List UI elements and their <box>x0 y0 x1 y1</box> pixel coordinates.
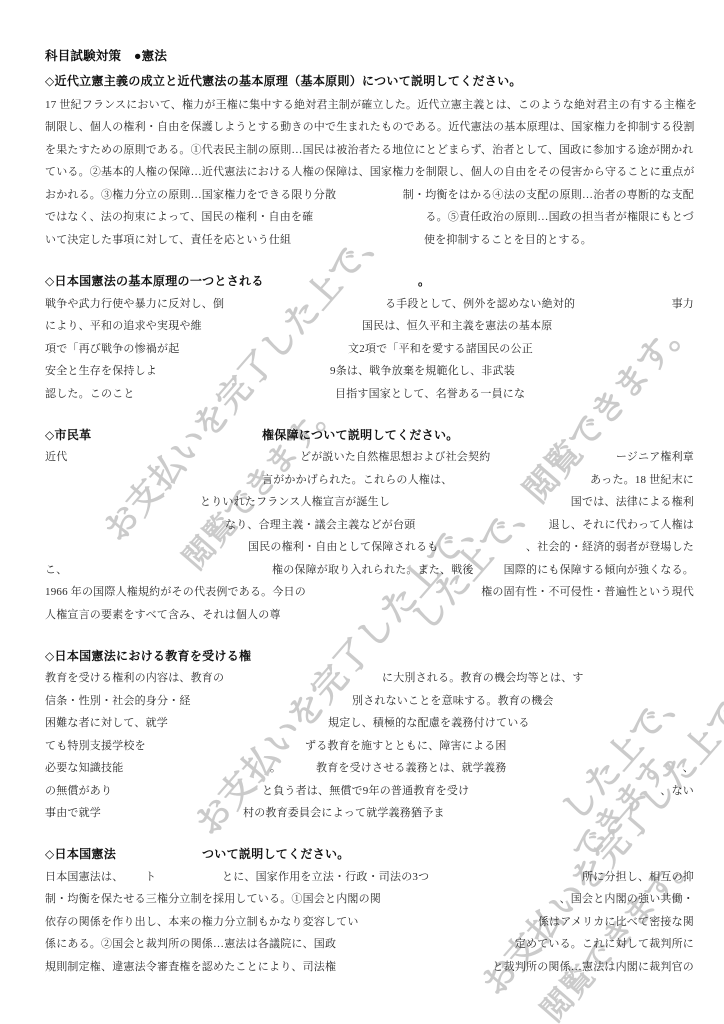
text-line: 制限し、個人の権利・自由を保護しようとする動きの中で生まれたものである。近代憲法… <box>0 118 724 136</box>
text-line: なり、合理主義・議会主義などが台頭退し、それに代わって人権は <box>0 516 724 534</box>
text-line: 依存の関係を作り出し、本来の権力分立制もかなり変容してい係はアメリカに比べて密接… <box>0 913 724 931</box>
text-segment: 困難な者に対して、就学 <box>45 714 168 730</box>
text-segment: 教育を受ける権利の内容は、教育の <box>45 669 224 685</box>
text-segment: 制・均衡をはかる④法の支配の原則…治者の専断的な支配 <box>403 186 694 202</box>
text-line: の無償がありと負う者は、無償で9年の普通教育を受け、ない <box>0 782 724 800</box>
text-segment: 信条・性別・社会的身分・経 <box>45 692 191 708</box>
text-line: 人権宣言の要素をすべて含み、それは個人の尊 <box>0 606 724 624</box>
text-line: 困難な者に対して、就学規定し、積極的な配慮を義務付けている <box>0 714 724 732</box>
text-segment: 人権宣言の要素をすべて含み、それは個人の尊 <box>45 606 281 622</box>
text-line: 項で「再び戦争の惨禍が起文2項で「平和を愛する諸国民の公正 <box>0 340 724 358</box>
text-segment: 近代 <box>45 448 67 464</box>
text-line: 教育を受ける権利の内容は、教育のに大別される。教育の機会均等とは、す <box>0 669 724 687</box>
text-segment: とに、国家作用を立法・行政・司法の3つ <box>222 868 429 884</box>
text-segment: 1966 年の国際人権規約がその代表例である。今日の <box>45 583 306 599</box>
text-line: を果たすための原則である。①代表民主制の原則…国民は被治者たる地位にとどまらず、… <box>0 141 724 159</box>
text-line: 信条・性別・社会的身分・経別されないことを意味する。教育の機会 <box>0 692 724 710</box>
text-segment: 、ない <box>660 782 694 798</box>
text-segment: ◇日本国憲法の基本原理の一つとされる <box>45 272 264 289</box>
text-line: 安全と生存を保持しよ9条は、戦争放棄を規範化し、非武装 <box>0 362 724 380</box>
text-segment: 9条は、戦争放棄を規範化し、非武装 <box>330 362 515 378</box>
text-segment: 権の固有性・不可侵性・普遍性という現代 <box>481 583 694 599</box>
text-segment: 言がかかげられた。これらの人権は、 <box>262 471 452 487</box>
text-segment: いて決定した事項に対して、責任を応という仕組 <box>45 231 291 247</box>
text-segment: 規定し、積極的な配慮を義務付けている <box>328 714 530 730</box>
text-line: ではなく、法の拘束によって、国民の権利・自由を確る。⑤責任政治の原則…国政の担当… <box>0 208 724 226</box>
text-segment: ◇日本国憲法 <box>45 845 116 862</box>
text-segment: と負う者は、無償で9年の普通教育を受け <box>262 782 469 798</box>
text-line: 制・均衡を保たせる三権分立制を採用している。①国会と内閣の関、国会と内閣の強い共… <box>0 890 724 908</box>
text-segment: こ、 <box>45 561 67 577</box>
text-segment: 権の保障が取り入れられた。また、戦後 <box>272 561 474 577</box>
text-segment: 戦争や武力行使や暴力に反対し、倒 <box>45 295 224 311</box>
text-segment: 国民は、恒久平和主義を憲法の基本原 <box>362 317 552 333</box>
text-segment: ージニア権利章 <box>616 448 694 464</box>
text-line: こ、権の保障が取り入れられた。また、戦後国際的にも保障する傾向が強くなる。 <box>0 561 724 579</box>
text-segment: 。 <box>270 759 281 775</box>
text-segment: 認した。このこと <box>45 385 135 401</box>
text-segment: 村の教育委員会によって就学義務猶予ま <box>243 804 445 820</box>
text-segment: 制限し、個人の権利・自由を保護しようとする動きの中で生まれたものである。近代憲法… <box>45 118 695 134</box>
text-line: 国民の権利・自由として保障されるも、社会的・経済的弱者が登場した <box>0 538 724 556</box>
text-segment: 国民の権利・自由として保障されるも <box>248 538 438 554</box>
text-segment: 係にある。②国会と裁判所の関係…憲法は各議院に、国政 <box>45 935 336 951</box>
text-segment: 依存の関係を作り出し、本来の権力分立制もかなり変容してい <box>45 913 359 929</box>
text-segment: 係はアメリカに比べて密接な関 <box>538 913 694 929</box>
text-line: 17 世紀フランスにおいて、権力が王権に集中する絶対君主制が確立した。近代立憲主… <box>0 96 724 114</box>
text-segment: 事力 <box>672 295 694 311</box>
text-segment: る手段として、例外を認めない絶対的 <box>385 295 575 311</box>
text-line: 係にある。②国会と裁判所の関係…憲法は各議院に、国政定めている。これに対して裁判… <box>0 935 724 953</box>
text-segment: 科目試験対策 ●憲法 <box>45 46 167 64</box>
text-segment: 退し、それに代わって人権は <box>549 516 695 532</box>
text-segment: 所に分担し、相互の抑 <box>582 868 694 884</box>
text-segment: 教育を受けさせる義務とは、就学義務 <box>316 759 506 775</box>
text-segment: 規則制定権、違憲法令審査権を認めたことにより、司法権 <box>45 958 336 974</box>
text-segment: 必要な知識技能 <box>45 759 123 775</box>
text-line: 事由で就学村の教育委員会によって就学義務猶予ま <box>0 804 724 822</box>
text-segment: により、平和の追求や実現や維 <box>45 317 202 333</box>
text-segment: に大別される。教育の機会均等とは、す <box>382 669 584 685</box>
text-line: 1966 年の国際人権規約がその代表例である。今日の権の固有性・不可侵性・普遍性… <box>0 583 724 601</box>
section-heading: ◇市民革権保障について説明してください。 <box>0 426 724 444</box>
text-segment: 文2項で「平和を愛する諸国民の公正 <box>348 340 533 356</box>
text-segment: 国際的にも保障する傾向が強くなる。 <box>504 561 694 577</box>
text-line: とりいれたフランス人権宣言が誕生し国では、法律による権利 <box>0 493 724 511</box>
text-line: ている。②基本的人権の保障…近代憲法における人権の保障は、国家権力を制限し、個人… <box>0 163 724 181</box>
text-segment: ずる教育を施すとともに、障害による困 <box>305 737 507 753</box>
text-line: により、平和の追求や実現や維国民は、恒久平和主義を憲法の基本原 <box>0 317 724 335</box>
text-segment: 目指す国家として、名誉ある一員にな <box>335 385 525 401</box>
text-line: 戦争や武力行使や暴力に反対し、倒る手段として、例外を認めない絶対的事力 <box>0 295 724 313</box>
text-segment: とりいれたフランス人権宣言が誕生し <box>200 493 390 509</box>
text-line: いて決定した事項に対して、責任を応という仕組使を抑制することを目的とする。 <box>0 231 724 249</box>
section-heading: ◇日本国憲法ついて説明してください。 <box>0 845 724 863</box>
text-segment: ではなく、法の拘束によって、国民の権利・自由を確 <box>45 208 313 224</box>
text-segment: なり、合理主義・議会主義などが台頭 <box>225 516 415 532</box>
text-segment: ◇市民革 <box>45 426 91 443</box>
text-segment: ◇近代立憲主義の成立と近代憲法の基本原理（基本原則）について説明してください。 <box>45 72 522 89</box>
text-line: 必要な知識技能。教育を受けさせる義務とは、就学義務、 <box>0 759 724 777</box>
text-segment: 、 <box>683 759 694 775</box>
document-page: お支払いを完了した上で、閲覧できます。した上で、閲覧できます。お支払いを完了した… <box>0 0 724 1024</box>
text-line: ても特別支援学校をずる教育を施すとともに、障害による困 <box>0 737 724 755</box>
text-segment: 制・均衡を保たせる三権分立制を採用している。①国会と内閣の関 <box>45 890 381 906</box>
text-segment: 項で「再び戦争の惨禍が起 <box>45 340 179 356</box>
text-segment: 権保障について説明してください。 <box>262 426 459 443</box>
text-segment: 17 世紀フランスにおいて、権力が王権に集中する絶対君主制が確立した。近代立憲主… <box>45 96 697 112</box>
section-heading: ◇日本国憲法の基本原理の一つとされる。 <box>0 272 724 290</box>
text-segment: あった。18 世紀末に <box>590 471 694 487</box>
text-segment: 定めている。これに対して裁判所に <box>515 935 694 951</box>
text-line: 近代どが説いた自然権思想および社会契約ージニア権利章 <box>0 448 724 466</box>
text-segment: 、国会と内閣の強い共働・ <box>560 890 694 906</box>
text-segment: 日本国憲法は、 <box>45 868 123 884</box>
section-heading: ◇近代立憲主義の成立と近代憲法の基本原理（基本原則）について説明してください。 <box>0 72 724 90</box>
text-line: 言がかかげられた。これらの人権は、あった。18 世紀末に <box>0 471 724 489</box>
text-segment: おかれる。③権力分立の原則…国家権力をできる限り分散 <box>45 186 336 202</box>
text-line: 認した。このこと目指す国家として、名誉ある一員にな <box>0 385 724 403</box>
text-segment: どが説いた自然権思想および社会契約 <box>300 448 490 464</box>
text-segment: 安全と生存を保持しよ <box>45 362 157 378</box>
text-line: おかれる。③権力分立の原則…国家権力をできる限り分散制・均衡をはかる④法の支配の… <box>0 186 724 204</box>
text-segment: と裁判所の関係…憲法は内閣に裁判官の <box>492 958 694 974</box>
page-title: 科目試験対策 ●憲法 <box>0 46 724 64</box>
text-segment: る。⑤責任政治の原則…国政の担当者が権限にもとづ <box>425 208 694 224</box>
text-line: 日本国憲法は、トとに、国家作用を立法・行政・司法の3つ所に分担し、相互の抑 <box>0 868 724 886</box>
text-segment: ついて説明してください。 <box>202 845 350 862</box>
text-segment: ても特別支援学校を <box>45 737 146 753</box>
text-segment: を果たすための原則である。①代表民主制の原則…国民は被治者たる地位にとどまらず、… <box>45 141 694 157</box>
text-segment: ◇日本国憲法における教育を受ける権 <box>45 647 251 664</box>
text-segment: 使を抑制することを目的とする。 <box>424 231 592 247</box>
text-segment: 別されないことを意味する。教育の機会 <box>352 692 554 708</box>
text-segment: 。 <box>418 272 430 289</box>
text-segment: ト <box>145 868 156 884</box>
text-segment: の無償があり <box>45 782 112 798</box>
text-segment: 事由で就学 <box>45 804 101 820</box>
section-heading: ◇日本国憲法における教育を受ける権 <box>0 647 724 665</box>
text-segment: 、社会的・経済的弱者が登場した <box>526 538 694 554</box>
text-segment: 国では、法律による権利 <box>571 493 694 509</box>
text-segment: ている。②基本的人権の保障…近代憲法における人権の保障は、国家権力を制限し、個人… <box>45 163 695 179</box>
text-line: 規則制定権、違憲法令審査権を認めたことにより、司法権と裁判所の関係…憲法は内閣に… <box>0 958 724 976</box>
